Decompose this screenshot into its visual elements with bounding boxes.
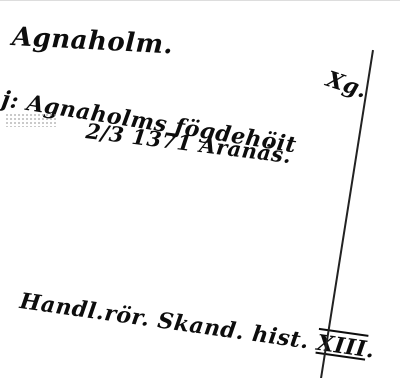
headword: Agnaholm.	[11, 22, 174, 60]
faded-stamp	[5, 113, 57, 127]
source-reference: Handl.rör. Skand. hist. XIII.	[18, 288, 376, 364]
card-top-edge	[0, 0, 400, 1]
card-right-edge-line	[319, 50, 374, 378]
index-card: Agnaholm. j: Agnaholms fögdehöit 2/3 137…	[0, 0, 400, 378]
source-title: Handl.rör. Skand. hist.	[18, 288, 319, 355]
